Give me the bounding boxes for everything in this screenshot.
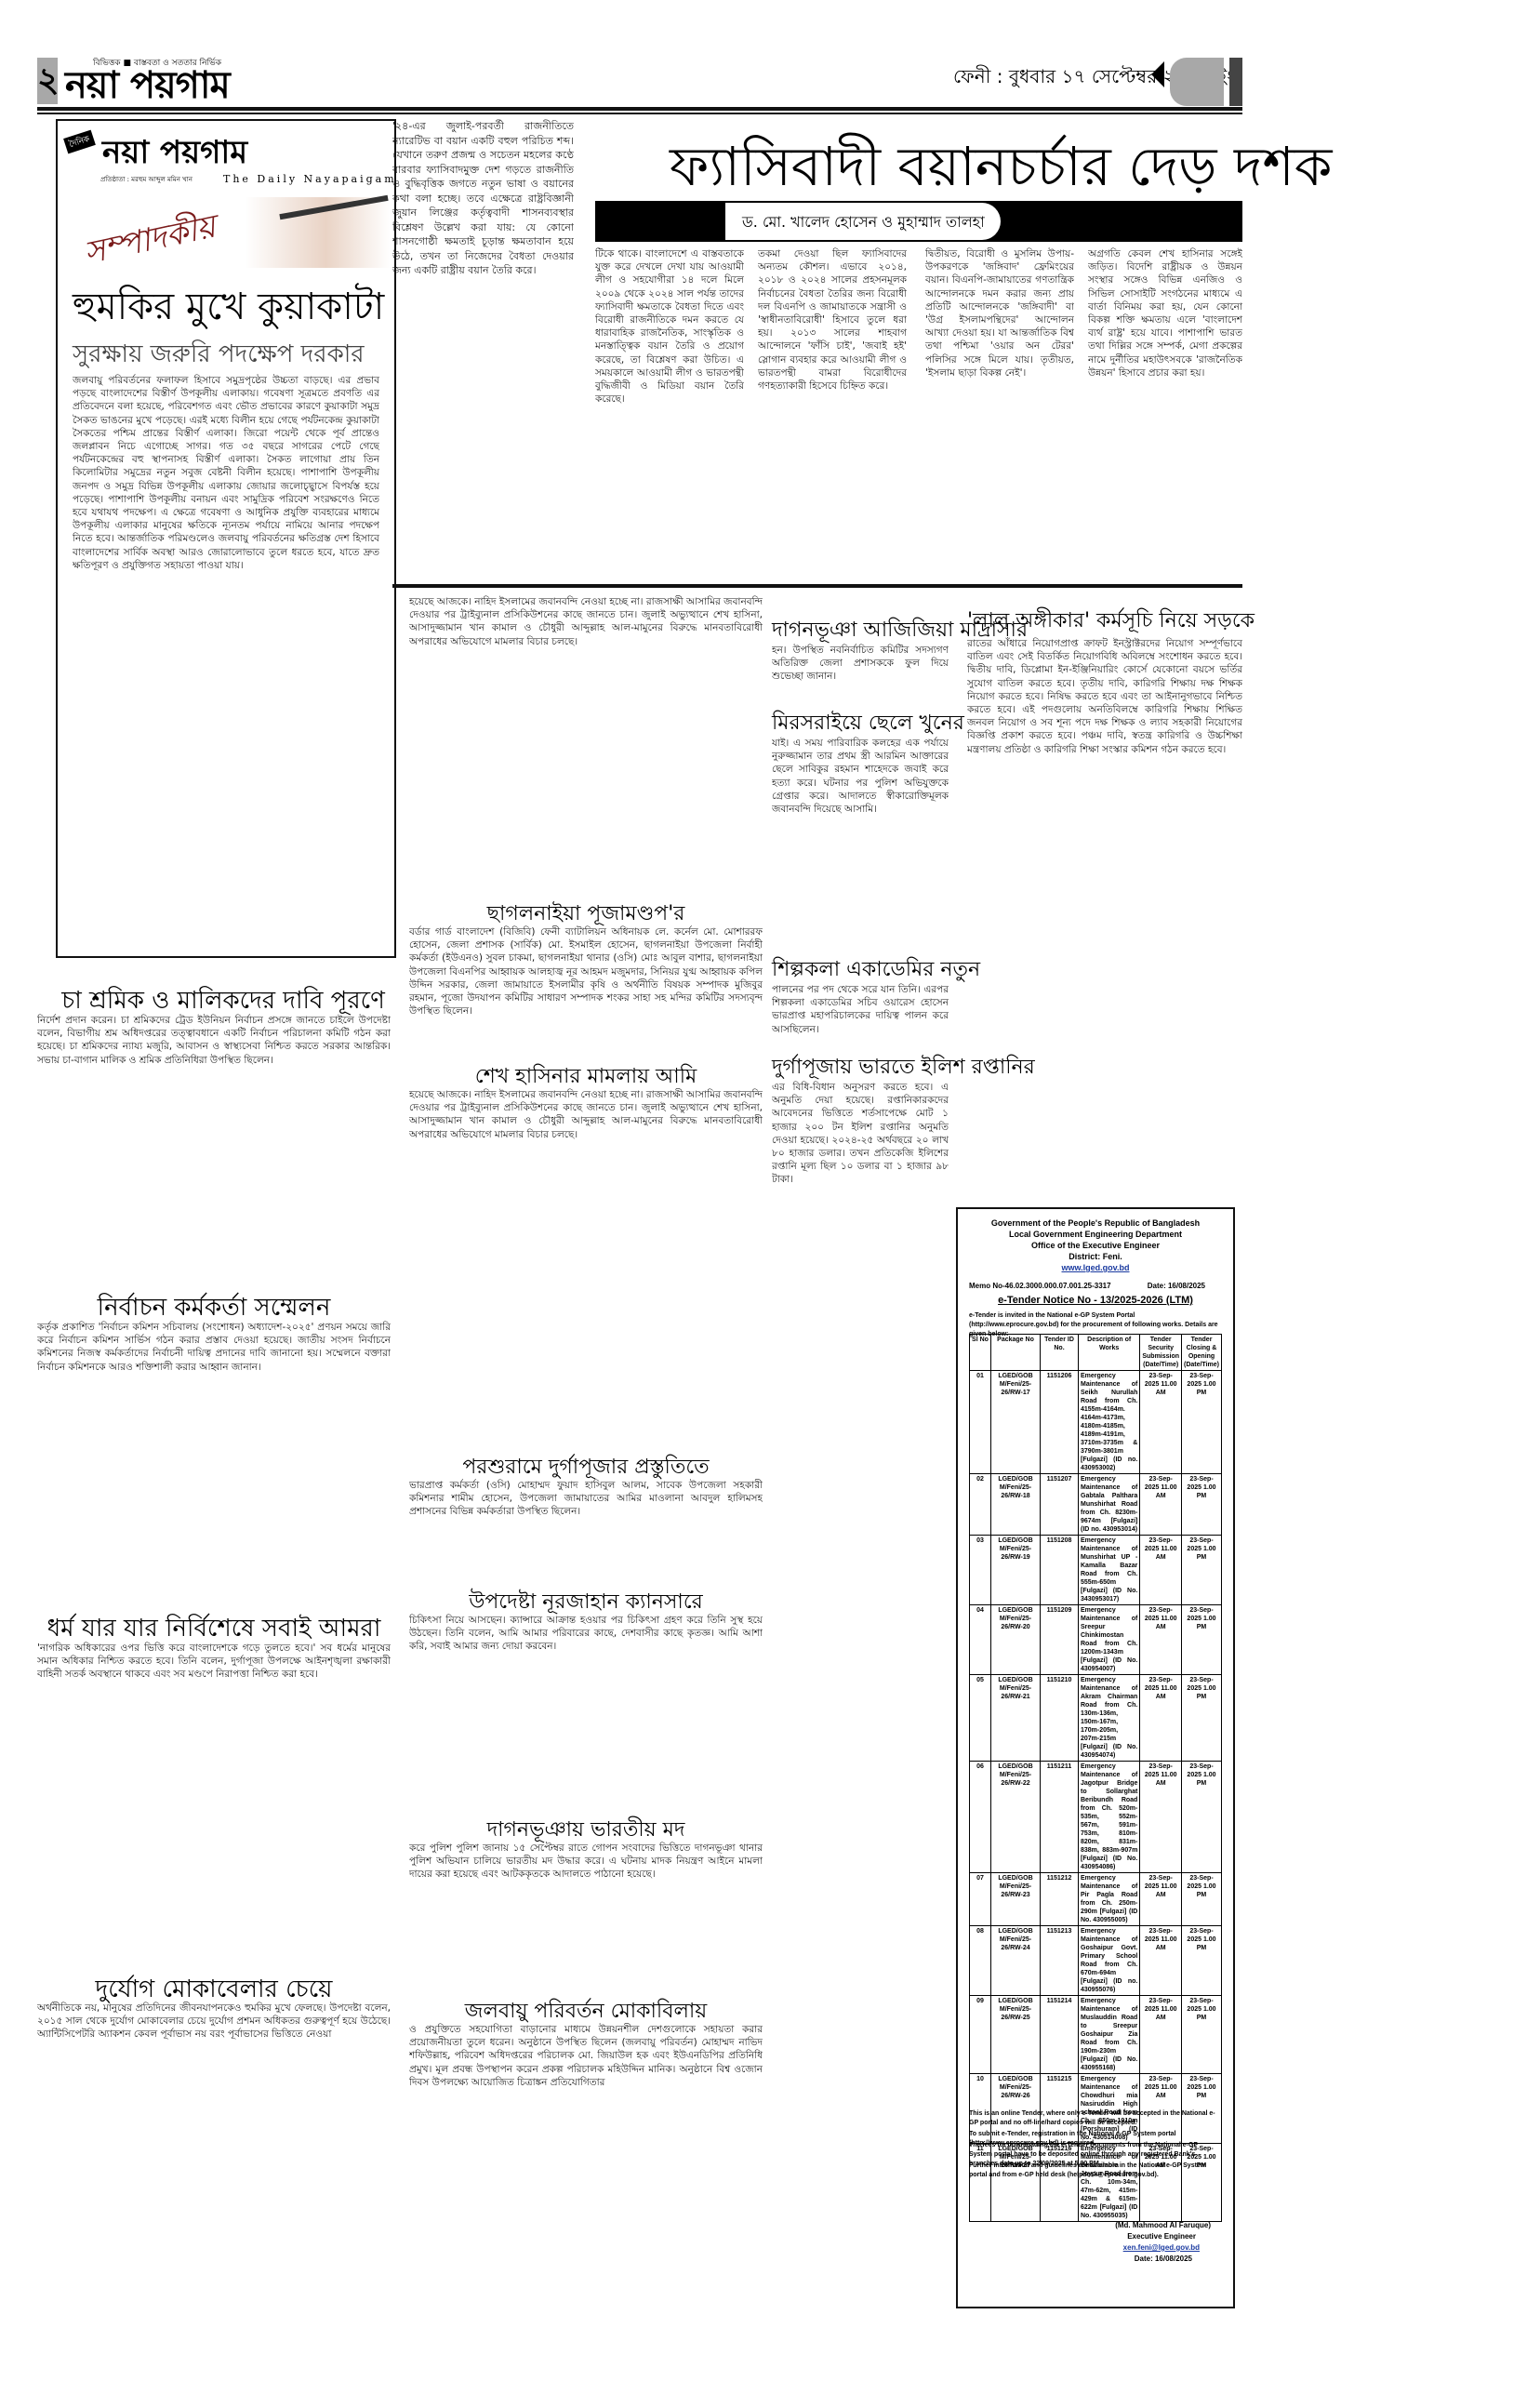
column-header: Tender Closing & Opening (Date/Time)	[1182, 1335, 1222, 1371]
table-row: 03LGED/GOB M/Feni/25-26/RW-191151208Emer…	[970, 1536, 1222, 1605]
table-cell-tender-id: 1151206	[1041, 1371, 1079, 1474]
table-row: 08LGED/GOB M/Feni/25-26/RW-241151213Emer…	[970, 1926, 1222, 1996]
article-body: হয়েছে আজকে। নাহিদ ইসলামের জবানবন্দি নেও…	[409, 1088, 763, 1442]
table-cell-tender-id: 1151213	[1041, 1926, 1079, 1996]
lead-column-2: তকমা দেওয়া ছিল ফ্যাসিবাদের অন্যতম কৌশল।…	[758, 247, 907, 554]
article-body: পালনের পর পদ থেকে সরে যান তিনি। এরপর শিল…	[772, 983, 949, 1048]
table-cell-security: 23-Sep-2025 11.00 AM	[1140, 1762, 1182, 1873]
article-body: কর্তৃক প্রকাশিত 'নির্বাচন কমিশন সচিবালয়…	[37, 1321, 391, 1600]
page-arrow-icon	[1151, 61, 1164, 87]
table-cell-closing: 23-Sep-2025 1.00 PM	[1182, 1371, 1222, 1474]
table-cell-security: 23-Sep-2025 11.00 AM	[1140, 1675, 1182, 1762]
table-cell-package: LGED/GOB M/Feni/25-26/RW-19	[991, 1536, 1041, 1605]
table-cell-package: LGED/GOB M/Feni/25-26/RW-21	[991, 1675, 1041, 1762]
header-rule-thin	[37, 113, 1242, 114]
table-cell-closing: 23-Sep-2025 1.00 PM	[1182, 1675, 1222, 1762]
tender-signatory-title: Executive Engineer	[1127, 2232, 1196, 2241]
table-row: 04LGED/GOB M/Feni/25-26/RW-201151209Emer…	[970, 1605, 1222, 1675]
lead-column-3: দ্বিতীয়ত, বিরোধী ও মুসলিম উপায়-উপকরণকে…	[925, 247, 1074, 554]
column-header: Description of Works	[1079, 1335, 1140, 1371]
article-headline: 'লাল অঙ্গীকার' কর্মসূচি নিয়ে সড়কে	[967, 605, 1242, 639]
table-cell-tender-id: 1151211	[1041, 1762, 1079, 1873]
lead-column-4: অগ্রগতি কেবল শেখ হাসিনার সঙ্গেই জড়িত। ব…	[1088, 247, 1242, 554]
table-cell-security: 23-Sep-2025 11.00 AM	[1140, 1371, 1182, 1474]
editorial-english-name: The Daily Nayapaigam	[223, 173, 397, 185]
table-cell-sl: 04	[970, 1605, 991, 1675]
table-row: 06LGED/GOB M/Feni/25-26/RW-221151211Emer…	[970, 1762, 1222, 1873]
table-cell-sl: 03	[970, 1536, 991, 1605]
table-cell-sl: 07	[970, 1873, 991, 1926]
article-body: ও প্রযুক্তিতে সহযোগিতা বাড়ানোর মাধ্যমে …	[409, 2023, 763, 2293]
table-cell-sl: 06	[970, 1762, 991, 1873]
table-cell-tender-id: 1151207	[1041, 1474, 1079, 1536]
table-cell-closing: 23-Sep-2025 1.00 PM	[1182, 1536, 1222, 1605]
article-body: করে পুলিশ পুলিশ জানায় ১৫ সেপ্টেম্বর রাত…	[409, 1842, 763, 1990]
column-header: Sl No	[970, 1335, 991, 1371]
column-header: Package No	[991, 1335, 1041, 1371]
article-body: হন। উপস্থিত নবনির্বাচিত কমিটির সদস্যগণ অ…	[772, 644, 949, 699]
table-cell-closing: 23-Sep-2025 1.00 PM	[1182, 1926, 1222, 1996]
table-cell-description: Emergency Maintenance of Akram Chairman …	[1079, 1675, 1140, 1762]
page-tab-bar	[1229, 58, 1242, 106]
masthead-logo: নয়া পয়গাম	[65, 61, 230, 110]
article-body: 'নাগরিক অধিকারের ওপর ভিত্তি করে বাংলাদেশ…	[37, 1642, 391, 1958]
article-body: ভারপ্রাপ্ত কর্মকর্তা (ওসি) মোহাম্মদ ফুয়…	[409, 1479, 763, 1581]
table-cell-description: Emergency Maintenance of Jagotpur Bridge…	[1079, 1762, 1140, 1873]
page-tab-decoration	[1170, 58, 1224, 106]
lead-byline: ড. মো. খালেদ হোসেন ও মুহাম্মাদ তালহা	[742, 210, 985, 235]
table-row: 07LGED/GOB M/Feni/25-26/RW-231151212Emer…	[970, 1873, 1222, 1926]
table-cell-package: LGED/GOB M/Feni/25-26/RW-23	[991, 1873, 1041, 1926]
table-cell-package: LGED/GOB M/Feni/25-26/RW-17	[991, 1371, 1041, 1474]
table-cell-sl: 01	[970, 1371, 991, 1474]
table-cell-package: LGED/GOB M/Feni/25-26/RW-25	[991, 1996, 1041, 2074]
article-body: হয়েছে আজকে। নাহিদ ইসলামের জবানবন্দি নেও…	[409, 595, 763, 893]
tender-signatory-name: (Md. Mahmood Al Faruque)	[1115, 2221, 1211, 2229]
lead-column-1: টিকে থাকে। বাংলাদেশে এ বাস্তবতাকে যুক্ত …	[595, 247, 744, 554]
tender-notice: Government of the People's Republic of B…	[956, 1207, 1235, 2308]
tender-header-line: Local Government Engineering Department	[958, 1230, 1233, 1239]
tender-title: e-Tender Notice No - 13/2025-2026 (LTM)	[958, 1295, 1233, 1306]
table-cell-package: LGED/GOB M/Feni/25-26/RW-20	[991, 1605, 1041, 1675]
tender-signatory-date: Date: 16/08/2025	[1135, 2255, 1192, 2263]
table-cell-security: 23-Sep-2025 11.00 AM	[1140, 1536, 1182, 1605]
table-row: 02LGED/GOB M/Feni/25-26/RW-181151207Emer…	[970, 1474, 1222, 1536]
header-rule	[37, 107, 1242, 111]
tender-footer-line: Further information and guidelines are a…	[969, 2162, 1222, 2180]
table-cell-tender-id: 1151209	[1041, 1605, 1079, 1675]
tender-memo: Memo No-46.02.3000.000.07.001.25-3317	[969, 1282, 1111, 1290]
editorial-founder: প্রতিষ্ঠাতা : মরহুম আব্দুল মমিন খান	[100, 174, 192, 185]
table-cell-sl: 02	[970, 1474, 991, 1536]
table-cell-package: LGED/GOB M/Feni/25-26/RW-24	[991, 1926, 1041, 1996]
table-cell-closing: 23-Sep-2025 1.00 PM	[1182, 1474, 1222, 1536]
table-row: 01LGED/GOB M/Feni/25-26/RW-171151206Emer…	[970, 1371, 1222, 1474]
section-rule	[392, 584, 1242, 588]
page-number: ২	[37, 58, 58, 104]
tender-date: Date: 16/08/2025	[1148, 1282, 1205, 1290]
table-cell-closing: 23-Sep-2025 1.00 PM	[1182, 1996, 1222, 2074]
table-cell-package: LGED/GOB M/Feni/25-26/RW-18	[991, 1474, 1041, 1536]
article-body: এর বিধি-বিধান অনুসরণ করতে হবে। এ অনুমতি …	[772, 1081, 949, 2290]
tender-signatory-email[interactable]: xen.feni@lged.gov.bd	[1123, 2243, 1200, 2252]
table-row: 05LGED/GOB M/Feni/25-26/RW-211151210Emer…	[970, 1675, 1222, 1762]
table-cell-closing: 23-Sep-2025 1.00 PM	[1182, 1605, 1222, 1675]
tender-header-line: Office of the Executive Engineer	[958, 1241, 1233, 1250]
lead-intro: '২৪-এর জুলাই-পরবর্তী রাজনীতিতে ন্যারেটিভ…	[392, 119, 574, 556]
table-cell-description: Emergency Maintenance of Sreepur Chinkim…	[1079, 1605, 1140, 1675]
table-cell-description: Emergency Maintenance of Goshaipur Govt.…	[1079, 1926, 1140, 1996]
table-cell-closing: 23-Sep-2025 1.00 PM	[1182, 1873, 1222, 1926]
article-body: রাতের আঁধারে নিয়োগপ্রাপ্ত ক্রাফট ইনস্ট্…	[967, 637, 1242, 1195]
table-cell-sl: 08	[970, 1926, 991, 1996]
tender-header-line: District: Feni.	[958, 1252, 1233, 1261]
table-cell-tender-id: 1151208	[1041, 1536, 1079, 1605]
column-header: Tender Security Submission (Date/Time)	[1140, 1335, 1182, 1371]
table-cell-description: Emergency Maintenance of Pir Pagla Road …	[1079, 1873, 1140, 1926]
editorial-body: জলবায়ু পরিবর্তনের ফলাফল হিসাবে সমুদ্রপৃ…	[73, 374, 379, 941]
table-cell-description: Emergency Maintenance of Gabtala Palthar…	[1079, 1474, 1140, 1536]
table-cell-tender-id: 1151214	[1041, 1996, 1079, 2074]
table-cell-security: 23-Sep-2025 11.00 AM	[1140, 1474, 1182, 1536]
article-body: যাই। এ সময় পারিবারিক কলহের এক পর্যায়ে …	[772, 737, 949, 946]
editorial-headline: হুমকির মুখে কুয়াকাটা	[73, 277, 384, 339]
table-cell-tender-id: 1151210	[1041, 1675, 1079, 1762]
editorial-subhead: সুরক্ষায় জরুরি পদক্ষেপ দরকার	[73, 335, 365, 376]
table-cell-security: 23-Sep-2025 11.00 AM	[1140, 1926, 1182, 1996]
tender-table: Sl No Package No Tender ID No. Descripti…	[969, 1334, 1222, 2222]
table-cell-description: Emergency Maintenance of Munshirhat UP -…	[1079, 1536, 1140, 1605]
article-body: নির্দেশ প্রদান করেন। চা শ্রমিকদের ট্রেড …	[37, 1014, 391, 1279]
table-cell-description: Emergency Maintenance of Seikh Nurullah …	[1079, 1371, 1140, 1474]
column-header: Tender ID No.	[1041, 1335, 1079, 1371]
article-body: চিকিৎসা নিয়ে আসছেন। ক্যান্সারে আক্রান্ত…	[409, 1614, 763, 1809]
table-cell-package: LGED/GOB M/Feni/25-26/RW-22	[991, 1762, 1041, 1873]
tender-header-line: Government of the People's Republic of B…	[958, 1218, 1233, 1228]
table-cell-sl: 09	[970, 1996, 991, 2074]
tender-website-link[interactable]: www.lged.gov.bd	[1062, 1263, 1130, 1272]
article-body: বর্ডার গার্ড বাংলাদেশ (বিজিবি) ফেনী ব্যা…	[409, 925, 763, 1056]
table-cell-sl: 05	[970, 1675, 991, 1762]
table-cell-security: 23-Sep-2025 11.00 AM	[1140, 1605, 1182, 1675]
article-body: অর্থনীতিকে নয়, মানুষের প্রতিদিনের জীবনয…	[37, 2002, 391, 2290]
table-cell-security: 23-Sep-2025 11.00 AM	[1140, 1996, 1182, 2074]
table-cell-closing: 23-Sep-2025 1.00 PM	[1182, 1762, 1222, 1873]
table-cell-security: 23-Sep-2025 11.00 AM	[1140, 1873, 1182, 1926]
tender-footer-line: This is an online Tender, where only e-T…	[969, 2109, 1222, 2128]
table-row: 09LGED/GOB M/Feni/25-26/RW-251151214Emer…	[970, 1996, 1222, 2074]
table-cell-description: Emergency Maintenance of Muslauddin Road…	[1079, 1996, 1140, 2074]
table-cell-tender-id: 1151212	[1041, 1873, 1079, 1926]
